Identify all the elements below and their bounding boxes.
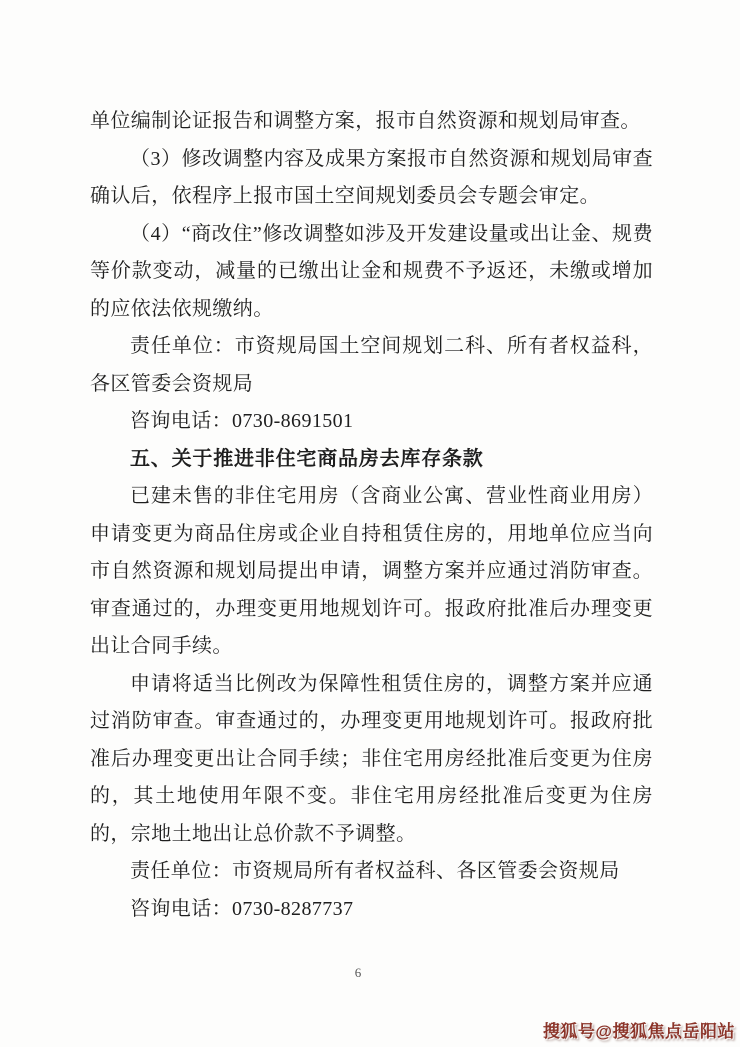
paragraph: （4）“商改住”修改调整如涉及开发建设量或出让金、规费等价款变动，减量的已缴出让… [90,216,653,329]
paragraph: （3）修改调整内容及成果方案报市自然资源和规划局审查确认后，依程序上报市国土空间… [90,141,653,216]
paragraph-container: 单位编制论证报告和调整方案，报市自然资源和规划局审查。（3）修改调整内容及成果方… [90,103,653,928]
paragraph: 咨询电话：0730-8691501 [90,403,653,441]
paragraph: 单位编制论证报告和调整方案，报市自然资源和规划局审查。 [90,103,653,141]
paragraph: 责任单位：市资规局国土空间规划二科、所有者权益科，各区管委会资规局 [90,328,653,403]
paragraph: 申请将适当比例改为保障性租赁住房的，调整方案并应通过消防审查。审查通过的，办理变… [90,666,653,854]
page-number: 6 [0,965,716,981]
paragraph: 咨询电话：0730-8287737 [90,891,653,929]
document-page: 单位编制论证报告和调整方案，报市自然资源和规划局审查。（3）修改调整内容及成果方… [0,0,740,1047]
paragraph: 已建未售的非住宅用房（含商业公寓、营业性商业用房）申请变更为商品住房或企业自持租… [90,478,653,666]
section-heading: 五、关于推进非住宅商品房去库存条款 [90,441,653,479]
watermark: 搜狐号@搜狐焦点岳阳站 [543,1017,735,1042]
paragraph: 责任单位：市资规局所有者权益科、各区管委会资规局 [90,853,653,891]
